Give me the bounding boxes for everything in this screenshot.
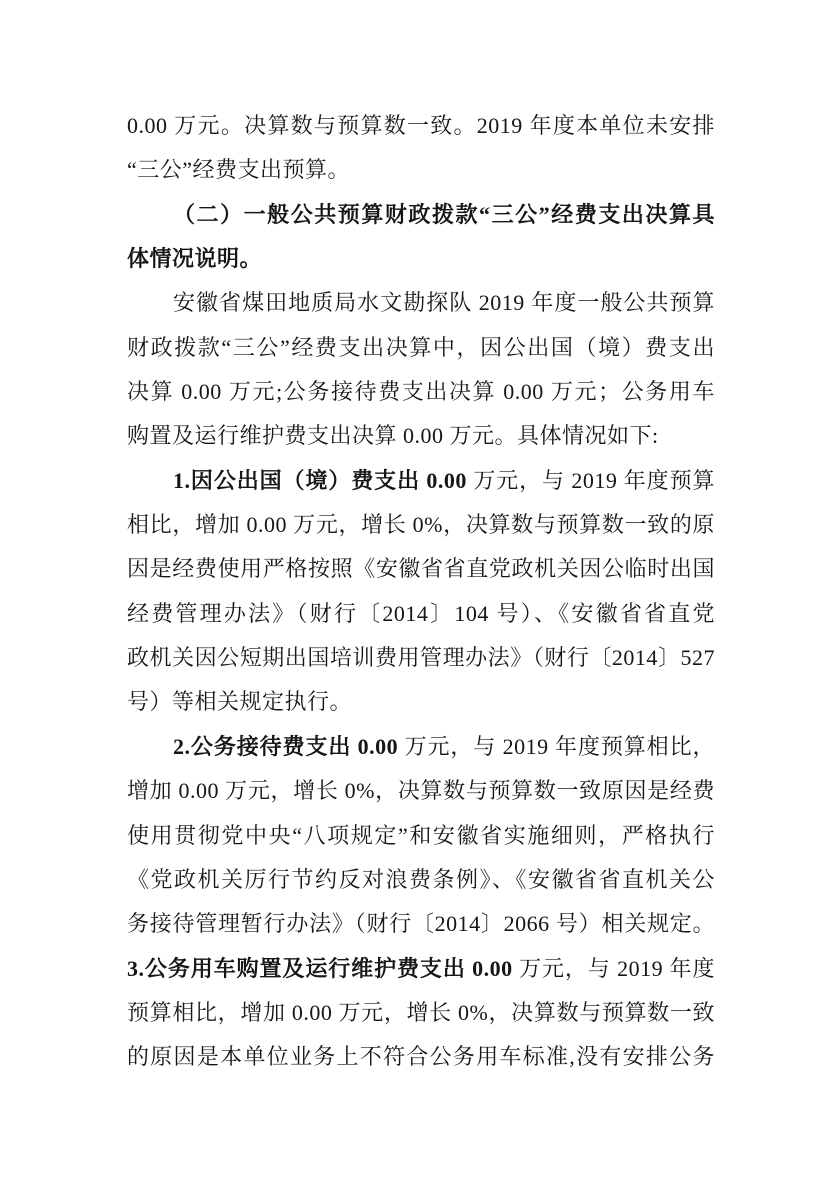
- text-segment: “三公”经费支出预算。: [127, 157, 350, 182]
- text-line: 购置及运行维护费支出决算 0.00 万元。具体情况如下:: [127, 414, 715, 458]
- bold-text-segment: 3.公务用车购置及运行维护费支出 0.00: [127, 956, 519, 981]
- paragraph: 2.公务接待费支出 0.00 万元，与 2019 年度预算相比，增加 0.00 …: [127, 725, 715, 947]
- text-segment: 相比，增加 0.00 万元，增长 0%，决算数与预算数一致的原: [127, 512, 715, 537]
- text-segment: 万元，与 2019 年度预算相比，: [405, 734, 715, 759]
- text-line: 安徽省煤田地质局水文勘探队 2019 年度一般公共预算: [127, 281, 715, 325]
- paragraph: 3.公务用车购置及运行维护费支出 0.00 万元，与 2019 年度预算相比，增…: [127, 947, 715, 1080]
- text-segment: 决算 0.00 万元;公务接待费支出决算 0.00 万元；公务用车: [127, 379, 715, 404]
- text-line: 务接待管理暂行办法》（财行〔2014〕2066 号）相关规定。: [127, 902, 715, 946]
- text-line: 预算相比，增加 0.00 万元，增长 0%，决算数与预算数一致: [127, 991, 715, 1035]
- text-line: 0.00 万元。决算数与预算数一致。2019 年度本单位未安排: [127, 104, 715, 148]
- text-line: 财政拨款“三公”经费支出决算中，因公出国（境）费支出: [127, 326, 715, 370]
- text-line: （二）一般公共预算财政拨款“三公”经费支出决算具: [127, 193, 715, 237]
- text-segment: 预算相比，增加 0.00 万元，增长 0%，决算数与预算数一致: [127, 1000, 715, 1025]
- bold-text-segment: 体情况说明。: [127, 246, 262, 271]
- text-segment: 的原因是本单位业务上不符合公务用车标准,没有安排公务用: [127, 1044, 715, 1079]
- paragraph: 安徽省煤田地质局水文勘探队 2019 年度一般公共预算财政拨款“三公”经费支出决…: [127, 281, 715, 458]
- paragraph: （二）一般公共预算财政拨款“三公”经费支出决算具体情况说明。: [127, 193, 715, 282]
- text-segment: 经费管理办法》（财行〔2014〕104 号）、《安徽省省直党: [127, 601, 715, 626]
- text-segment: 0.00 万元。决算数与预算数一致。2019 年度本单位未安排: [127, 113, 715, 138]
- text-line: 相比，增加 0.00 万元，增长 0%，决算数与预算数一致的原: [127, 503, 715, 547]
- text-segment: 《党政机关厉行节约反对浪费条例》、《安徽省省直机关公: [127, 867, 715, 892]
- text-line: 政机关因公短期出国培训费用管理办法》（财行〔2014〕527: [127, 636, 715, 680]
- text-line: 号）等相关规定执行。: [127, 680, 715, 724]
- text-segment: 使用贯彻党中央“八项规定”和安徽省实施细则，严格执行: [127, 823, 715, 848]
- text-line: 3.公务用车购置及运行维护费支出 0.00 万元，与 2019 年度: [127, 947, 715, 991]
- paragraph: 1.因公出国（境）费支出 0.00 万元，与 2019 年度预算相比，增加 0.…: [127, 459, 715, 725]
- text-line: 增加 0.00 万元，增长 0%，决算数与预算数一致原因是经费: [127, 769, 715, 813]
- bold-text-segment: 1.因公出国（境）费支出 0.00: [173, 468, 473, 493]
- text-segment: 增加 0.00 万元，增长 0%，决算数与预算数一致原因是经费: [127, 778, 715, 803]
- text-line: 体情况说明。: [127, 237, 715, 281]
- text-segment: 万元，与 2019 年度: [519, 956, 715, 981]
- text-segment: 因是经费使用严格按照《安徽省省直党政机关因公临时出国: [127, 556, 715, 581]
- text-line: 因是经费使用严格按照《安徽省省直党政机关因公临时出国: [127, 547, 715, 591]
- text-line: 决算 0.00 万元;公务接待费支出决算 0.00 万元；公务用车: [127, 370, 715, 414]
- text-line: 《党政机关厉行节约反对浪费条例》、《安徽省省直机关公: [127, 858, 715, 902]
- document-body: 0.00 万元。决算数与预算数一致。2019 年度本单位未安排“三公”经费支出预…: [127, 104, 715, 1080]
- paragraph: 0.00 万元。决算数与预算数一致。2019 年度本单位未安排“三公”经费支出预…: [127, 104, 715, 193]
- bold-text-segment: （二）一般公共预算财政拨款“三公”经费支出决算具: [173, 202, 715, 227]
- text-line: 2.公务接待费支出 0.00 万元，与 2019 年度预算相比，: [127, 725, 715, 769]
- text-segment: 购置及运行维护费支出决算 0.00 万元。具体情况如下:: [127, 423, 659, 448]
- document-page: 0.00 万元。决算数与预算数一致。2019 年度本单位未安排“三公”经费支出预…: [0, 0, 840, 1188]
- text-segment: 政机关因公短期出国培训费用管理办法》（财行〔2014〕527: [127, 645, 715, 670]
- text-segment: 安徽省煤田地质局水文勘探队 2019 年度一般公共预算: [173, 290, 715, 315]
- text-segment: 务接待管理暂行办法》（财行〔2014〕2066 号）相关规定。: [127, 911, 715, 936]
- text-line: 使用贯彻党中央“八项规定”和安徽省实施细则，严格执行: [127, 814, 715, 858]
- text-segment: 财政拨款“三公”经费支出决算中，因公出国（境）费支出: [127, 335, 715, 360]
- text-segment: 万元，与 2019 年度预算: [473, 468, 715, 493]
- text-line: “三公”经费支出预算。: [127, 148, 715, 192]
- text-line: 经费管理办法》（财行〔2014〕104 号）、《安徽省省直党: [127, 592, 715, 636]
- text-segment: 号）等相关规定执行。: [127, 689, 352, 714]
- text-line: 的原因是本单位业务上不符合公务用车标准,没有安排公务用: [127, 1035, 715, 1079]
- bold-text-segment: 2.公务接待费支出 0.00: [173, 734, 405, 759]
- text-line: 1.因公出国（境）费支出 0.00 万元，与 2019 年度预算: [127, 459, 715, 503]
